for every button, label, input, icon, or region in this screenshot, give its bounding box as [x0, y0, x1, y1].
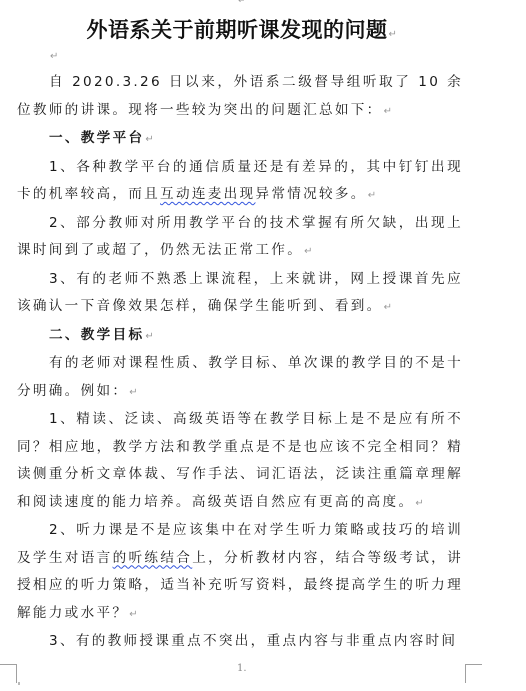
grammar-flagged-text[interactable]: 互动连麦出现	[160, 186, 255, 202]
paragraph-mark-icon: ↵	[368, 190, 379, 201]
paragraph-mark-icon: ↵	[145, 331, 156, 342]
document-body[interactable]: 自 2020.3.26 日以来，外语系二级督导组听取了 10 余位教师的讲课。现…	[17, 69, 463, 656]
platform-item-3[interactable]: 3、有的老师不熟悉上课流程，上来就讲，网上授课首先应该确认一下音像效果怎样，确保…	[17, 266, 463, 322]
paragraph-mark-icon: ↵	[50, 51, 58, 62]
document-page[interactable]: ↵ 外语系关于前期听课发现的问题↵ ↵ 自 2020.3.26 日以来，外语系二…	[0, 0, 526, 691]
goals-item-2[interactable]: 2、听力课是不是应该集中在对学生听力策略或技巧的培训及学生对语言的听练结合上，分…	[17, 517, 463, 628]
page-number: 1.	[237, 663, 247, 674]
paragraph-mark-icon: ↵	[304, 246, 315, 257]
margin-crop-mark-left	[0, 664, 17, 683]
intro-paragraph[interactable]: 自 2020.3.26 日以来，外语系二级督导组听取了 10 余位教师的讲课。现…	[17, 69, 463, 125]
title-text: 外语系关于前期听课发现的问题	[87, 17, 388, 42]
paragraph-mark-icon: ↵	[384, 106, 395, 117]
grammar-flagged-text[interactable]: 的听练结合	[113, 550, 193, 566]
paragraph-text: 3、有的老师不熟悉上课流程，上来就讲，网上授课首先应该确认一下音像效果怎样，确保…	[17, 271, 463, 315]
paragraph-text: 2、部分教师对所用教学平台的技术掌握有所欠缺，出现上课时间到了或超了，仍然无法正…	[17, 215, 463, 259]
paragraph-mark-icon: ↵	[145, 134, 156, 145]
paragraph-mark-icon	[18, 682, 20, 685]
goals-intro[interactable]: 有的老师对课程性质、教学目标、单次课的教学目的不是十分明确。例如：↵	[17, 350, 463, 406]
section-heading-goals[interactable]: 二、教学目标↵	[17, 322, 463, 351]
goals-item-1[interactable]: 1、精读、泛读、高级英语等在教学目标上是不是应有所不同？相应地，教学方法和教学重…	[17, 406, 463, 517]
paragraph-mark-icon: ↵	[415, 498, 426, 509]
platform-item-2[interactable]: 2、部分教师对所用教学平台的技术掌握有所欠缺，出现上课时间到了或超了，仍然无法正…	[17, 210, 463, 266]
paragraph-mark-icon: ↵	[129, 387, 140, 398]
section-heading-platform[interactable]: 一、教学平台↵	[17, 125, 463, 154]
document-title[interactable]: 外语系关于前期听课发现的问题↵	[0, 14, 484, 44]
paragraph-mark-icon: ↵	[389, 29, 398, 40]
paragraph-text: 有的老师对课程性质、教学目标、单次课的教学目的不是十分明确。例如：	[17, 355, 463, 399]
paragraph-mark-icon: ↵	[129, 609, 140, 620]
heading-text: 一、教学平台	[49, 130, 144, 146]
paragraph-text: 1、精读、泛读、高级英语等在教学目标上是不是应有所不同？相应地，教学方法和教学重…	[17, 411, 463, 510]
heading-text: 二、教学目标	[49, 327, 144, 343]
paragraph-text: 异常情况较多。	[255, 186, 366, 202]
paragraph-mark-icon: ↵	[238, 0, 246, 6]
margin-crop-mark-right	[465, 664, 482, 683]
paragraph-mark-icon: ↵	[384, 302, 395, 313]
platform-item-1[interactable]: 1、各种教学平台的通信质量还是有差异的，其中钉钉出现卡的机率较高，而且互动连麦出…	[17, 154, 463, 210]
goals-item-3[interactable]: 3、有的教师授课重点不突出，重点内容与非重点内容时间	[17, 628, 463, 656]
empty-paragraph[interactable]: ↵	[49, 44, 58, 63]
paragraph-text: 3、有的教师授课重点不突出，重点内容与非重点内容时间	[49, 633, 457, 649]
paragraph-text: 自 2020.3.26 日以来，外语系二级督导组听取了 10 余位教师的讲课。现…	[17, 74, 463, 118]
